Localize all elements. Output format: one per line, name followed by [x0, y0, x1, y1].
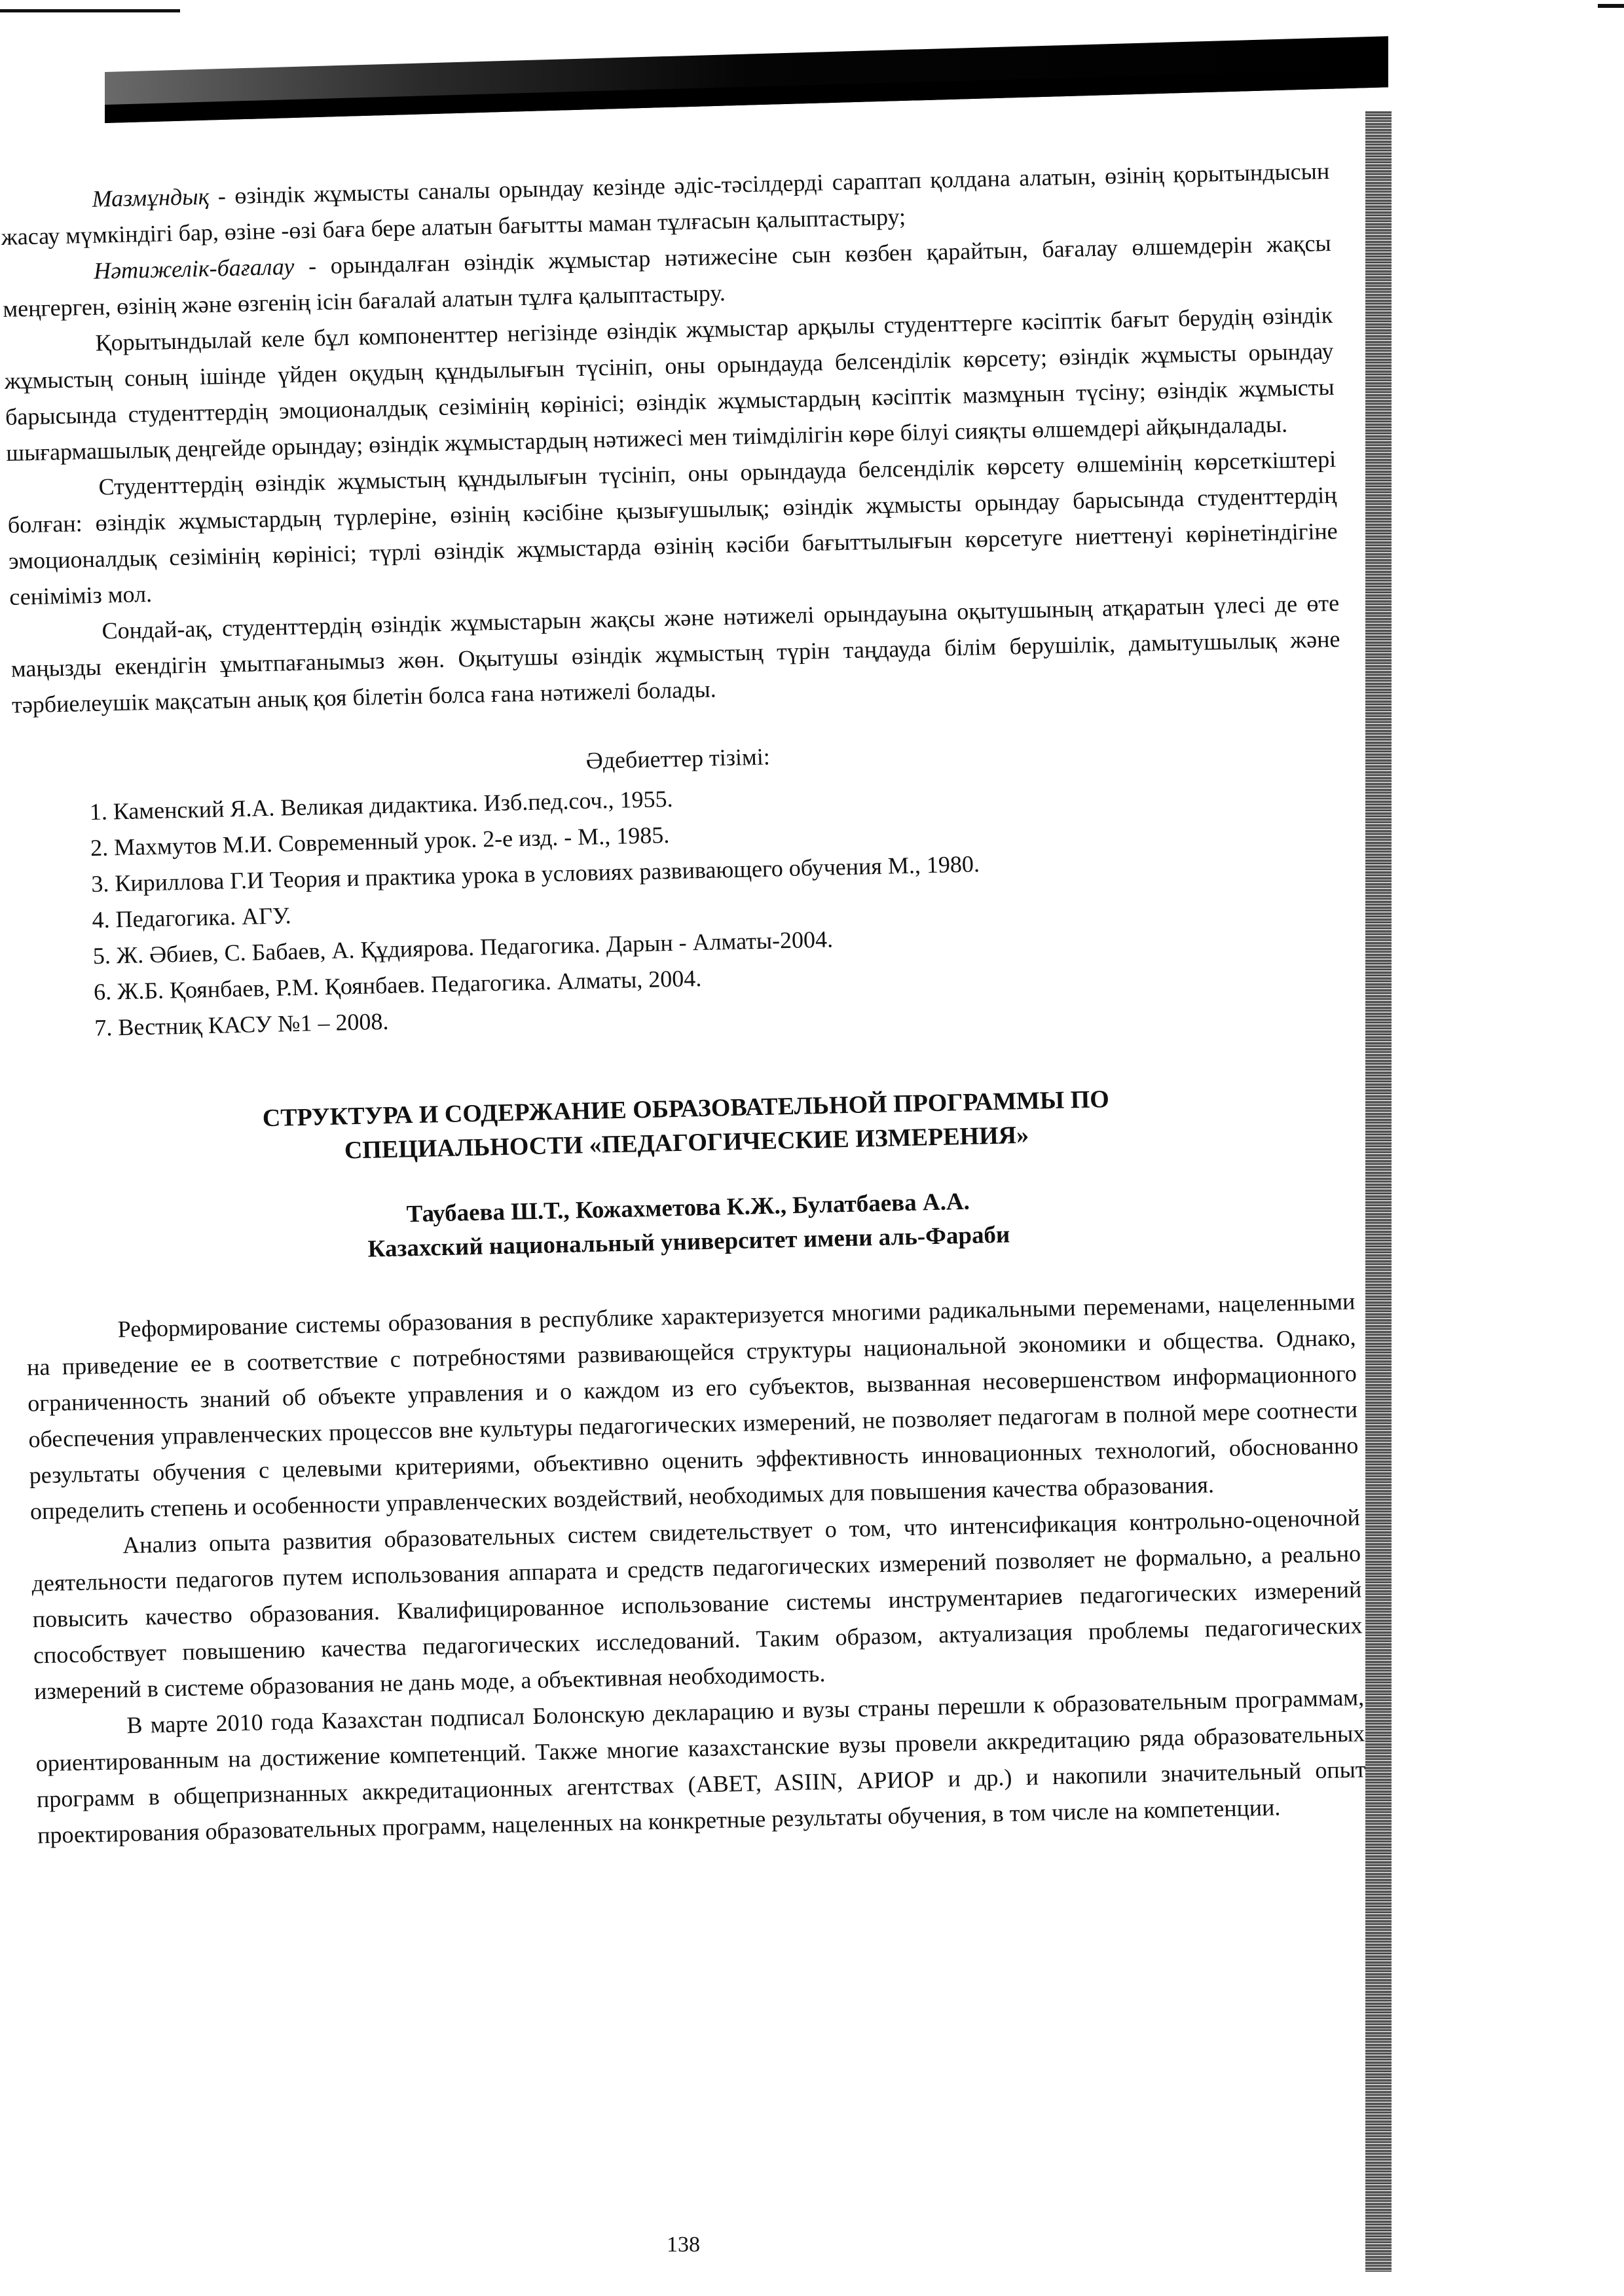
scan-top-right-rule	[1598, 4, 1624, 8]
page-header-band	[105, 36, 1388, 123]
paragraph-lead-term: Мазмұндық	[92, 183, 210, 212]
paragraph: Реформирование системы образования в рес…	[26, 1284, 1359, 1530]
article-body: Реформирование системы образования в рес…	[26, 1284, 1367, 1854]
references-list: Әдебиеттер тізімі: 1. Каменский Я.А. Вел…	[13, 726, 1349, 1048]
scan-binding-edge	[1365, 111, 1392, 2272]
paragraph-lead-term: Нәтижелік-бағалау	[94, 253, 295, 284]
kazakh-section: Мазмұндық - өзіндік жұмысты саналы орынд…	[0, 153, 1348, 1048]
article-byline: Таубаева Ш.Т., Кожахметова К.Ж., Булатба…	[23, 1176, 1354, 1275]
article-section: СТРУКТУРА И СОДЕРЖАНИЕ ОБРАЗОВАТЕЛЬНОЙ П…	[21, 1077, 1367, 1854]
scan-top-left-rule	[0, 9, 180, 12]
paragraph: Анализ опыта развития образовательных си…	[31, 1499, 1364, 1709]
paragraph: В марте 2010 года Казахстан подписал Бол…	[35, 1679, 1367, 1853]
article-title: СТРУКТУРА И СОДЕРЖАНИЕ ОБРАЗОВАТЕЛЬНОЙ П…	[21, 1077, 1352, 1175]
document-page: Мазмұндық - өзіндік жұмысты саналы орынд…	[0, 153, 1367, 1853]
page-number: 138	[667, 2232, 700, 2257]
